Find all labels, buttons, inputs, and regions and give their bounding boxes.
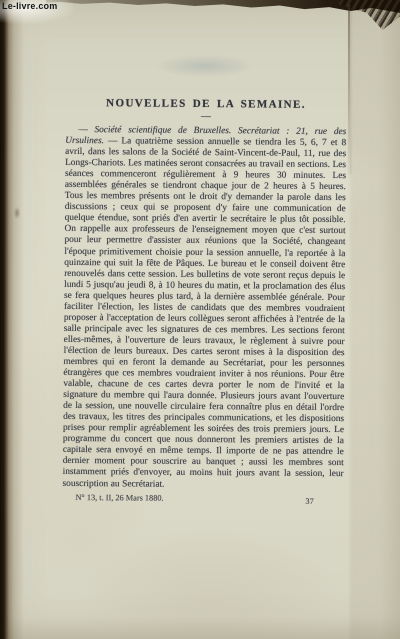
page-title: NOUVELLES DE LA SEMAINE. bbox=[66, 97, 347, 111]
article-body-text: — La quatrième session annuelle se tiend… bbox=[63, 136, 347, 489]
issue-line: N° 13, t. II, 26 Mars 1880. bbox=[75, 493, 163, 503]
page-footer: N° 13, t. II, 26 Mars 1880. 37 bbox=[62, 492, 343, 506]
watermark-text: Le-livre.com bbox=[2, 1, 57, 11]
binding-crease bbox=[348, 4, 350, 174]
page-content: NOUVELLES DE LA SEMAINE. — — Société sci… bbox=[62, 97, 346, 507]
title-separator: — bbox=[65, 111, 346, 122]
article-paragraph: — Société scientifique de Bruxelles. Sec… bbox=[63, 125, 347, 492]
book-left-edge bbox=[0, 0, 24, 639]
page-number: 37 bbox=[305, 496, 313, 505]
scanned-page: Le-livre.com NOUVELLES DE LA SEMAINE. — … bbox=[0, 0, 400, 639]
